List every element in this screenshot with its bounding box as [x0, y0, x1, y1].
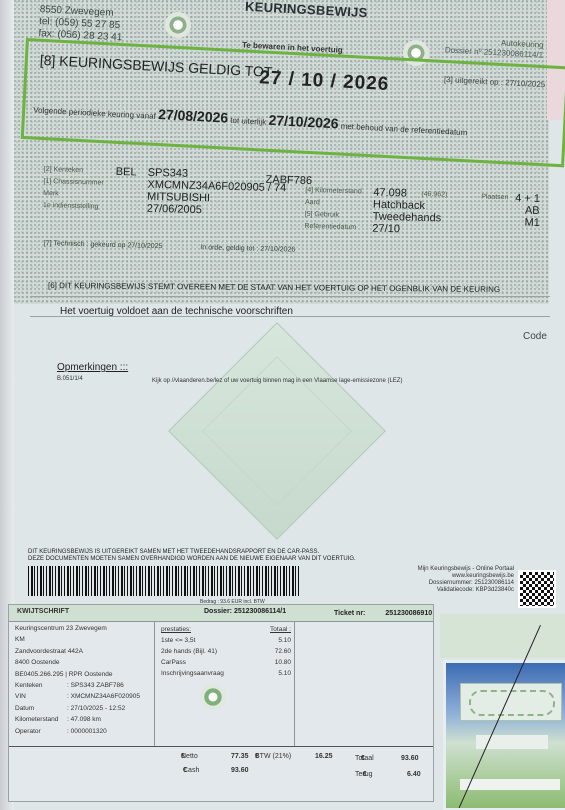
next-from-date: 27/08/2026 — [158, 106, 229, 126]
next-until-date: 27/10/2026 — [268, 112, 339, 132]
reference-date: 27/10 — [372, 223, 400, 236]
next-inspection: Volgende periodieke keuring vanaf 27/08/… — [33, 99, 468, 138]
vat-label: BTW (21%) € — [255, 753, 259, 760]
side-card — [443, 660, 565, 810]
logo-icon — [198, 682, 228, 712]
receipt-ticket: Ticket nr:251230086910 — [334, 610, 432, 617]
divider — [154, 621, 155, 746]
receipt-field: VIN: XMCMNZ34A6F020905 — [15, 691, 140, 702]
usage-label: [5] Gebruik — [305, 211, 339, 219]
seats-value: 4 + 1 — [515, 192, 540, 205]
station-address: 8550 Zwevegem tel: (059) 55 27 85 fax: (… — [38, 4, 124, 44]
cash-label: Cash € — [183, 767, 187, 774]
remarks-code: B.051/1/4 — [57, 376, 83, 382]
first-registration: 27/06/2005 — [147, 203, 202, 216]
receipt-center-info: Keuringscentrum 23 Zwevegem KM Zandvoord… — [15, 623, 140, 737]
km-previous: (46.962) — [421, 191, 447, 199]
qr-code-icon — [518, 570, 556, 608]
conformity-result: Het voertuig voldoet aan de technische v… — [60, 306, 293, 317]
service-item: Inschrijvingsaanvraag5.10 — [161, 668, 291, 679]
receipt-field: Datum: 27/10/2025 - 12:52 — [15, 703, 140, 714]
plate-number: SPS343 — [148, 167, 189, 180]
service-item: 2de hands (Bijl. 41)72.60 — [161, 646, 291, 657]
card-field — [460, 779, 560, 790]
portal-title: Mijn Keuringsbewijs - Online Portaal — [398, 566, 514, 573]
technical-status: [7] Technisch : gekeurd op 27/10/2025 In… — [44, 240, 296, 254]
change-value: 6.40 — [407, 771, 421, 778]
cash-value: 93.60 — [231, 767, 249, 774]
carpass-notice: DIT KEURINGSBEWIJS IS UITGEREIKT SAMEN M… — [28, 549, 356, 563]
type-code: AB — [525, 205, 540, 217]
code-label: Code — [523, 331, 547, 342]
make-label: Merk — [43, 190, 59, 197]
divider — [9, 746, 433, 747]
plate-label: [2] Kenteken — [44, 166, 83, 174]
type-label: Aard — [305, 199, 320, 206]
chassis-label: [1] Chassisnummer — [43, 178, 103, 187]
receipt-title: KWIJTSCHRIFT — [17, 608, 69, 615]
total-label: Totaal € — [355, 755, 365, 762]
portal-dossier: Dossiernummer: 251230086114 — [398, 580, 514, 587]
receipt-dossier: Dossier: 251230086114/1 — [204, 608, 286, 615]
logo-icon — [165, 12, 191, 38]
barcode — [28, 566, 300, 596]
first-registration-label: 1e indienststelling — [43, 202, 99, 210]
validity-date: 27 / 10 / 2026 — [259, 67, 390, 96]
remarks-title: Opmerkingen ::: — [57, 362, 128, 373]
side-card-top — [440, 614, 565, 658]
km-value: 47.098 — [373, 187, 407, 200]
vehicle-details: [2] Kenteken BEL SPS343 ZABF786 [1] Chas… — [41, 162, 553, 275]
category: M1 — [524, 217, 540, 229]
change-label: Terug € — [355, 771, 367, 778]
receipt-field: Operator: 0000001320 — [15, 726, 140, 737]
divider — [294, 621, 295, 746]
remarks-text: Kijk op //vlaanderen.be/lez of uw voertu… — [152, 378, 402, 384]
vat-value: 16.25 — [315, 753, 333, 760]
receipt-header: KWIJTSCHRIFT Dossier: 251230086114/1 Tic… — [9, 605, 433, 622]
divider — [30, 296, 550, 297]
km-label: [4] Kilometerstand — [305, 187, 362, 195]
issued-on: [3] uitgereikt op : 27/10/2025 — [444, 75, 546, 89]
portal-url: www.keuringsbewijs.be — [398, 573, 514, 580]
service-item: 1ste <= 3,5t5.10 — [161, 635, 291, 646]
validity-label: [8] KEURINGSBEWIJS GELDIG TOT : — [39, 52, 280, 81]
reference-label: Referentiedatum — [304, 223, 356, 231]
online-portal-info: Mijn Keuringsbewijs - Online Portaal www… — [398, 566, 514, 594]
netto-value: 77.35 — [231, 753, 249, 760]
services-list: prestaties:Totaal : 1ste <= 3,5t5.10 2de… — [161, 624, 291, 679]
inspection-certificate: 8550 Zwevegem tel: (059) 55 27 85 fax: (… — [0, 0, 565, 810]
plate-country: BEL — [116, 166, 137, 179]
netto-label: Netto € — [181, 753, 185, 760]
receipt-field: Kenteken: SPS343 ZABF786 — [15, 680, 140, 691]
total-value: 93.60 — [401, 755, 419, 762]
seats-label: Plaatsen — [481, 193, 508, 201]
service-item: CarPass10.80 — [161, 657, 291, 668]
receipt-field: Kilometerstand: 47.098 km — [15, 714, 140, 725]
portal-validation: Validatiecode: KBP3d23840c — [398, 587, 514, 594]
